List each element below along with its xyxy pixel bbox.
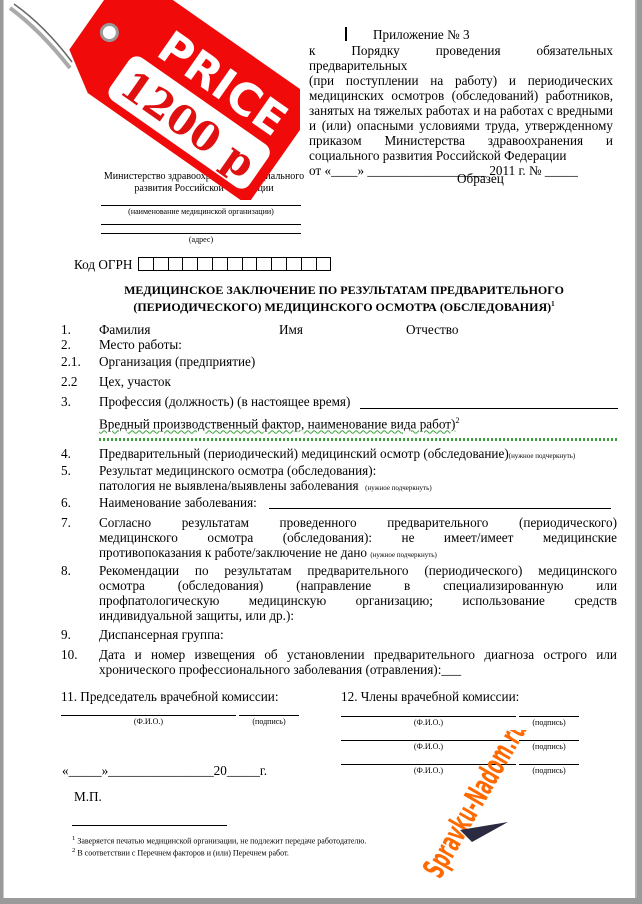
item-number: 9.	[61, 627, 71, 642]
ogrn-label: Код ОГРН	[74, 257, 132, 272]
underline-note: (нужное подчеркнуть)	[365, 484, 431, 492]
chair-label: 11. Председатель врачебной комиссии:	[61, 689, 279, 704]
underline-note: (нужное подчеркнуть)	[370, 551, 436, 559]
ogrn-digit-box[interactable]	[169, 257, 184, 271]
ogrn-digit-box[interactable]	[198, 257, 213, 271]
item-number: 2.	[61, 337, 71, 352]
ogrn-digit-box[interactable]	[154, 257, 169, 271]
footnote-ref: 2	[455, 416, 459, 425]
member-fio-line[interactable]	[341, 716, 516, 717]
notification-line: Дата и номер извещения об установлении п…	[99, 647, 617, 662]
recommendations-line: осмотра (обследования) (направление в сп…	[99, 578, 617, 593]
stamp-line	[72, 825, 227, 826]
ogrn-digit-box[interactable]	[139, 257, 154, 271]
document-page: Приложение № 3 к Порядку проведения обяз…	[3, 0, 637, 898]
item-number: 10.	[61, 647, 77, 662]
dispensary-group-label: Диспансерная группа:	[99, 627, 224, 642]
notification-line: хронического профессионального заболеван…	[99, 662, 617, 677]
workplace-label: Место работы:	[99, 337, 182, 352]
recommendations-text: Рекомендации по результатам предваритель…	[99, 563, 617, 623]
appendix-line: (при поступлении на работу) и периодичес…	[309, 73, 613, 88]
appendix-title: Приложение № 3	[373, 27, 470, 42]
appendix-line: занятых на тяжелых работах и на работах …	[309, 103, 613, 118]
ministry-name: Министерство здравоохранения и социально…	[84, 171, 324, 195]
address-line-2[interactable]	[101, 233, 301, 234]
members-label: 12. Члены врачебной комиссии:	[341, 689, 519, 704]
sign-caption: (подпись)	[519, 718, 579, 727]
disease-name-input-line[interactable]	[269, 508, 611, 509]
footnote-text: В соответствии с Перечнем факторов и (ил…	[77, 849, 289, 858]
address-caption: (адрес)	[101, 235, 301, 244]
organization-label: Организация (предприятие)	[99, 354, 255, 369]
sign-caption: (подпись)	[239, 717, 299, 726]
conclusion-line: медицинского осмотра (обследования): не …	[99, 530, 617, 545]
appendix-line: и (или) опасными условиями труда, утверж…	[309, 118, 613, 133]
exam-type-label: Предварительный (периодический) медицинс…	[99, 446, 509, 461]
footnote-ref: 2	[72, 847, 75, 854]
document-title: МЕДИЦИНСКОЕ ЗАКЛЮЧЕНИЕ ПО РЕЗУЛЬТАТАМ ПР…	[64, 283, 624, 314]
footnote: 2 В соответствии с Перечнем факторов и (…	[72, 846, 289, 859]
item-number: 8.	[61, 563, 71, 578]
item-number: 1.	[61, 322, 71, 337]
patronymic-label: Отчество	[406, 322, 458, 337]
title-line: (ПЕРИОДИЧЕСКОГО) МЕДИЦИНСКОГО ОСМОТРА (О…	[133, 300, 551, 314]
stamp-label: М.П.	[74, 789, 102, 804]
recommendations-line: профпатологическую медицинскую организац…	[99, 593, 617, 608]
org-name-caption: (наименование медицинской организации)	[101, 207, 301, 216]
fio-caption: (Ф.И.О.)	[341, 766, 516, 775]
member-fio-line[interactable]	[341, 764, 516, 765]
fio-caption: (Ф.И.О.)	[341, 742, 516, 751]
signature-date-line[interactable]: «_____»________________20_____г.	[62, 763, 267, 778]
footnote-ref: 1	[72, 835, 75, 842]
fio-caption: (Ф.И.О.)	[61, 717, 236, 726]
ogrn-digit-box[interactable]	[213, 257, 228, 271]
ogrn-digit-box[interactable]	[317, 257, 332, 271]
surname-label: Фамилия	[99, 322, 150, 337]
hazard-factor-input-line[interactable]	[99, 438, 618, 441]
sign-caption: (подпись)	[519, 766, 579, 775]
footnote-text: Заверяется печатью медицинской организац…	[77, 837, 366, 846]
sample-label: Образец	[457, 171, 504, 186]
ogrn-digit-box[interactable]	[243, 257, 258, 271]
member-sign-line[interactable]	[519, 716, 579, 717]
ogrn-digit-box[interactable]	[302, 257, 317, 271]
appendix-line: к Порядку проведения обязательных предва…	[309, 43, 613, 73]
item-number: 7.	[61, 515, 71, 530]
org-name-line[interactable]	[101, 205, 301, 206]
notification-text: Дата и номер извещения об установлении п…	[99, 647, 617, 677]
name-label: Имя	[279, 322, 303, 337]
recommendations-line: индивидуальной защиты, или др.):	[99, 608, 617, 623]
underline-note: (нужное подчеркнуть)	[509, 452, 575, 460]
item-number: 3.	[61, 394, 71, 409]
profession-label: Профессия (должность) (в настоящее время…	[99, 394, 350, 409]
appendix-text: к Порядку проведения обязательных предва…	[309, 43, 613, 178]
title-line: МЕДИЦИНСКОЕ ЗАКЛЮЧЕНИЕ ПО РЕЗУЛЬТАТАМ ПР…	[64, 283, 624, 297]
ogrn-code-boxes[interactable]	[138, 257, 331, 271]
workshop-label: Цех, участок	[99, 374, 171, 389]
ministry-line: развития Российской Федерации	[84, 183, 324, 195]
conclusion-line: Согласно результатам проведенного предва…	[99, 515, 617, 530]
member-sign-line[interactable]	[519, 740, 579, 741]
address-line-1[interactable]	[101, 224, 301, 225]
hazard-factor-label: Вредный производственный фактор, наимено…	[99, 416, 455, 431]
item-number: 5.	[61, 463, 71, 478]
member-sign-line[interactable]	[519, 764, 579, 765]
appendix-line: социального развития Российской Федераци…	[309, 148, 613, 163]
ogrn-digit-box[interactable]	[257, 257, 272, 271]
exam-result-label: Результат медицинского осмотра (обследов…	[99, 463, 376, 478]
footnote: 1 Заверяется печатью медицинской организ…	[72, 834, 366, 847]
chair-fio-line[interactable]	[61, 715, 236, 716]
conclusion-text: Согласно результатам проведенного предва…	[99, 515, 617, 563]
profession-input-line[interactable]	[360, 408, 618, 409]
appendix-line: приказом Министерства здравоохранения и	[309, 133, 613, 148]
appendix-line: медицинских осмотров (обследований) рабо…	[309, 88, 613, 103]
recommendations-line: Рекомендации по результатам предваритель…	[99, 563, 617, 578]
item-number: 2.2	[61, 374, 77, 389]
ogrn-digit-box[interactable]	[287, 257, 302, 271]
item-number: 4.	[61, 446, 71, 461]
item-number: 2.1.	[61, 354, 81, 369]
ogrn-digit-box[interactable]	[272, 257, 287, 271]
fio-caption: (Ф.И.О.)	[341, 718, 516, 727]
conclusion-line: противопоказания к работе/заключение не …	[99, 545, 367, 560]
footnote-ref: 1	[551, 300, 555, 308]
member-fio-line[interactable]	[341, 740, 516, 741]
ministry-line: Министерство здравоохранения и социально…	[84, 171, 324, 183]
sign-caption: (подпись)	[519, 742, 579, 751]
ogrn-digit-box[interactable]	[228, 257, 243, 271]
chair-sign-line[interactable]	[239, 715, 299, 716]
ogrn-digit-box[interactable]	[183, 257, 198, 271]
item-number: 6.	[61, 495, 71, 510]
disease-name-label: Наименование заболевания:	[99, 495, 257, 510]
text-cursor	[345, 27, 347, 41]
exam-result-options: патология не выявлена/выявлены заболеван…	[99, 478, 359, 493]
